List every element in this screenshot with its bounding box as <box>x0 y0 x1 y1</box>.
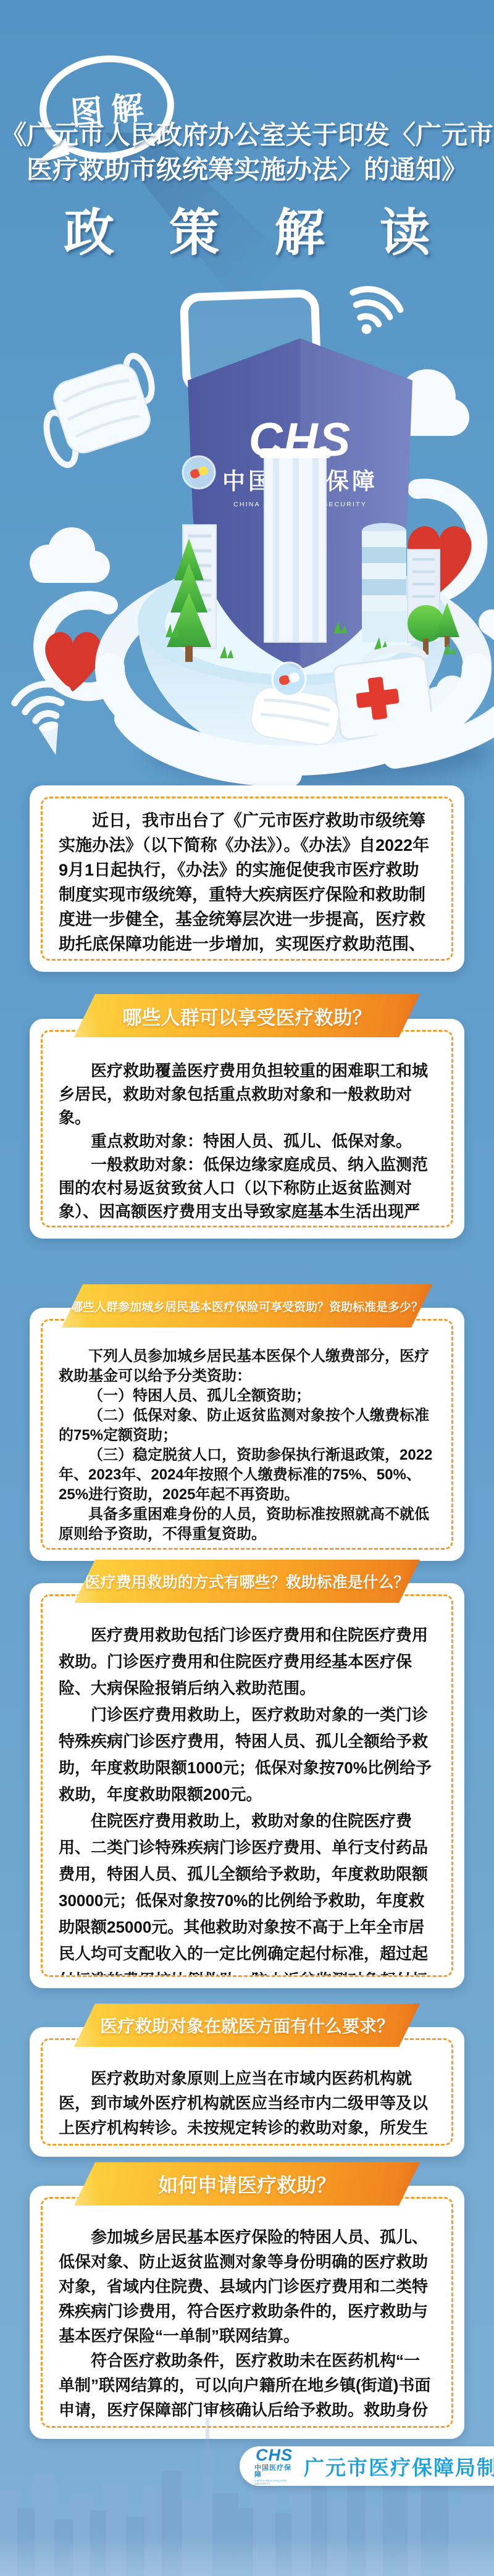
section-banner-1: 哪些人群可以享受医疗救助？ <box>74 994 420 1037</box>
section-paragraph: 医疗救助覆盖医疗费用负担较重的困难职工和城乡居民，救助对象包括重点救助对象和一般… <box>59 1059 435 1129</box>
section-banner-2: 哪些人群参加城乡居民基本医疗保险可享受资助？资助标准是多少？ <box>62 1284 432 1328</box>
building-icon <box>362 523 406 642</box>
poster-root: 图解 《广元市人民政府办公室关于印发〈广元市 医疗救助市级统筹实施办法〉的通知》… <box>0 0 494 2576</box>
cloud-icon <box>30 527 110 583</box>
section-banner-5: 如何申请医疗救助？ <box>74 2162 420 2206</box>
section-title: 如何申请医疗救助？ <box>158 2170 336 2198</box>
section-title: 医疗救助对象在就医方面有什么要求？ <box>100 2013 394 2038</box>
section-title: 哪些人群可以享受医疗救助？ <box>123 1002 372 1030</box>
face-mask-icon <box>31 353 168 468</box>
intro-card: 近日，我市出台了《广元市医疗救助市级统筹实施办法》（以下简称《办法》）。《办法》… <box>30 785 464 972</box>
page-subtitle: 政 策 解 读 <box>0 193 494 265</box>
section-paragraph: （一）特困人员、孤儿全额资助； <box>59 1386 435 1406</box>
section-paragraph: 重点救助对象：特困人员、孤儿、低保对象。 <box>59 1129 435 1153</box>
section-card-2: 下列人员参加城乡居民基本医保个人缴费部分，医疗救助基金可以给予分类资助： （一）… <box>30 1308 464 1561</box>
section-title: 哪些人群参加城乡居民基本医疗保险可享受资助？资助标准是多少？ <box>71 1298 423 1315</box>
section-paragraph: 医疗救助对象原则上应当在市域内医药机构就医，到市域外医疗机构就医应当经市内二级甲… <box>59 2066 435 2146</box>
section-banner-3: 医疗费用救助的方式有哪些？救助标准是什么？ <box>74 1560 420 1603</box>
section-card-1: 医疗救助覆盖医疗费用负担较重的困难职工和城乡居民，救助对象包括重点救助对象和一般… <box>30 1019 464 1239</box>
section-card-5: 参加城乡居民基本医疗保险的特困人员、孤儿、低保对象、防止返贫监测对象等身份明确的… <box>30 2186 464 2439</box>
chs-logo: CHS 中国医疗保障 CHINA HEALTHCARE SECURITY <box>254 2447 294 2485</box>
section-paragraph: 一般救助对象：低保边缘家庭成员、纳入监测范围的农村易返贫致贫人口（以下称防止返贫… <box>59 1153 435 1227</box>
section-paragraph: 下列人员参加城乡居民基本医保个人缴费部分，医疗救助基金可以给予分类资助： <box>59 1347 435 1386</box>
footer-credit-bar: CHS 中国医疗保障 CHINA HEALTHCARE SECURITY 广元市… <box>240 2446 494 2486</box>
footer-credit-text: 广元市医疗保障局制作 <box>304 2452 494 2481</box>
page-title-line1: 《广元市人民政府办公室关于印发〈广元市 <box>0 119 494 153</box>
city-skyline <box>0 2414 494 2576</box>
wifi-icon <box>341 283 404 343</box>
section-banner-4: 医疗救助对象在就医方面有什么要求？ <box>74 2004 420 2047</box>
chs-logo-cn: 中国医疗保障 <box>254 2465 294 2478</box>
section-paragraph: 门诊医疗费用救助上，医疗救助对象的一类门诊特殊疾病门诊医疗费用，特困人员、孤儿全… <box>59 1702 435 1808</box>
section-paragraph: （三）稳定脱贫人口，资助参保执行渐退政策，2022年、2023年、2024年按照… <box>59 1445 435 1505</box>
page-title-line2: 医疗救助市级统筹实施办法〉的通知》 <box>0 153 494 188</box>
section-paragraph: （二）低保对象、防止返贫监测对象按个人缴费标准的75%定额资助； <box>59 1406 435 1445</box>
chs-logo-en: CHINA HEALTHCARE SECURITY <box>254 2480 294 2485</box>
intro-text: 近日，我市出台了《广元市医疗救助市级统筹实施办法》（以下简称《办法》）。《办法》… <box>59 808 435 961</box>
section-title: 医疗费用救助的方式有哪些？救助标准是什么？ <box>85 1570 409 1592</box>
building-icon <box>259 448 331 642</box>
hero-illustration: CHS 中国医疗保障 CHINA HEALTHCARE SECURITY <box>0 259 494 785</box>
section-paragraph: 具备多重困难身份的人员，资助标准按照就高不就低原则给予资助，不得重复资助。 <box>59 1505 435 1544</box>
capsule-bubble-icon <box>183 456 215 488</box>
page-title: 《广元市人民政府办公室关于印发〈广元市 医疗救助市级统筹实施办法〉的通知》 <box>0 119 494 188</box>
section-paragraph: 参加城乡居民基本医疗保险的特困人员、孤儿、低保对象、防止返贫监测对象等身份明确的… <box>59 2225 435 2348</box>
intro-card-dashed-border: 近日，我市出台了《广元市医疗救助市级统筹实施办法》（以下简称《办法》）。《办法》… <box>41 797 453 961</box>
section-card-3: 医疗费用救助包括门诊医疗费用和住院医疗费用救助。门诊医疗费用和住院医疗费用经基本… <box>30 1583 464 1988</box>
section-paragraph: 住院医疗费用救助上，救助对象的住院医疗费用、二类门诊特殊疾病门诊医疗费用、单行支… <box>59 1808 435 1977</box>
section-paragraph: 医疗费用救助包括门诊医疗费用和住院医疗费用救助。门诊医疗费用和住院医疗费用经基本… <box>59 1622 435 1702</box>
chs-logo-abbr: CHS <box>256 2447 293 2464</box>
capsule-bubble-icon <box>272 663 306 696</box>
